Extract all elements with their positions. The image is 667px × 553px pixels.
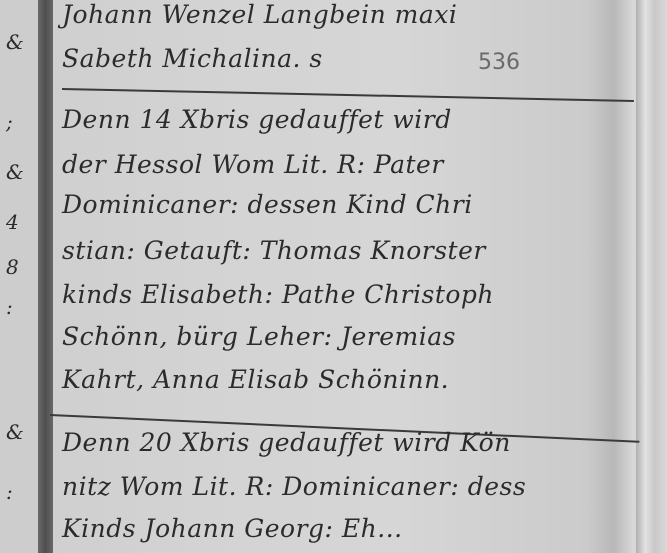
margin-mark: ; [6, 110, 13, 134]
folio-number: 536 [478, 50, 520, 75]
margin-mark: : [6, 480, 13, 504]
text-line: Denn 14 Xbris gedauffet wird [62, 105, 452, 134]
page-edge [636, 0, 667, 553]
text-line: Johann Wenzel Langbein maxi [62, 0, 457, 29]
margin-mark: 8 [6, 255, 19, 279]
text-line: der Hessol Wom Lit. R: Pater [62, 150, 444, 179]
margin-mark: & [6, 30, 24, 54]
entry-divider [62, 88, 634, 102]
text-line: Dominicaner: dessen Kind Chri [62, 190, 473, 219]
text-line: Kahrt, Anna Elisab Schöninn. [62, 365, 449, 394]
text-line: stian: Getauft: Thomas Knorster [62, 236, 486, 265]
text-line: nitz Wom Lit. R: Dominicaner: dess [62, 472, 526, 501]
text-line: Sabeth Michalina. s [62, 44, 323, 73]
text-line: kinds Elisabeth: Pathe Christoph [62, 280, 494, 309]
margin-mark: 4 [6, 210, 19, 234]
margin-mark: : [6, 295, 13, 319]
text-line: Kinds Johann Georg: Eh... [62, 514, 403, 543]
book-gutter [38, 0, 53, 553]
margin-mark: & [6, 420, 24, 444]
text-line: Denn 20 Xbris gedauffet wird Kön [62, 428, 511, 457]
text-line: Schönn, bürg Leher: Jeremias [62, 322, 456, 351]
facing-page-strip: & ; & 4 8 : & : [0, 0, 38, 553]
document-page: & ; & 4 8 : & : 536 Johann Wenzel Langbe… [0, 0, 667, 553]
margin-mark: & [6, 160, 24, 184]
